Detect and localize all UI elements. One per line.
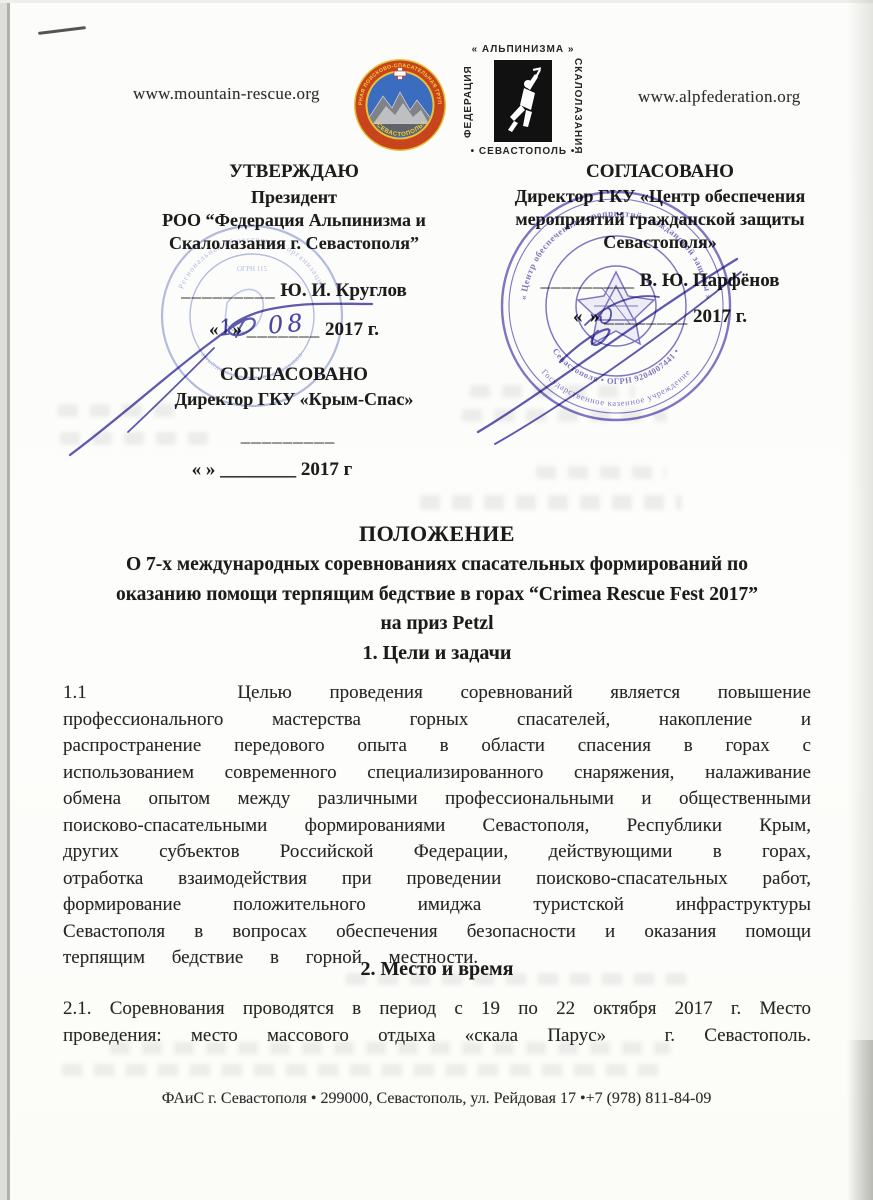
- square-logo-right-text: СКАЛОЛАЗАНИЯ: [572, 58, 583, 146]
- federation-stamp-inner-text: ОГРН 115: [237, 265, 268, 273]
- square-logo-bottom-text: • СЕВАСТОПОЛЬ •: [461, 146, 585, 157]
- agreed-role-line2: мероприятий гражданской защиты: [465, 208, 855, 231]
- agreed-role-line3: Севастополя»: [465, 231, 855, 254]
- krym-date-row: « » ________ 2017 г: [96, 459, 448, 481]
- signature-line: _________: [541, 270, 636, 291]
- section2-paragraph: 2.1. Соревнования проводятся в период с …: [63, 996, 811, 1049]
- approve-heading: УТВЕРЖДАЮ: [118, 161, 470, 183]
- signature-line: _________: [241, 425, 336, 446]
- pen-corner-mark: [38, 26, 86, 35]
- svg-text:Севастополя • ОГРН 9204007441: Севастополя • ОГРН 9204007441 •: [551, 346, 682, 386]
- approve-org-line1: РОО “Федерация Альпинизма и: [118, 209, 470, 232]
- approve-signer-name: Ю. И. Круглов: [280, 280, 406, 301]
- agreed-date-row: « » ________ 2017 г.: [465, 306, 855, 328]
- approve-role: Президент: [118, 186, 470, 209]
- krym-heading: СОГЛАСОВАНО: [118, 364, 470, 386]
- square-logo-left-text: ФЕДЕРАЦИЯ: [463, 58, 474, 146]
- bleedthrough-artifact: [470, 385, 635, 398]
- scan-edge-left-line: [7, 0, 10, 1200]
- approve-date-row: «1» _______ 2017 г. 08: [118, 316, 470, 341]
- agreed-role-line1: Директор ГКУ «Центр обеспечения: [465, 185, 855, 208]
- subtitle-line3: на приз Petzl: [63, 609, 811, 639]
- handwritten-day: 1: [217, 315, 234, 342]
- bleedthrough-artifact: [420, 495, 682, 510]
- section1-paragraph: 1.1 Целью проведения соревнований являет…: [63, 680, 811, 972]
- mountain-rescue-group-logo: ГОРНАЯ ПОИСКОВО-СПАСАТЕЛЬНАЯ ГРУППА «СЕВ…: [353, 58, 447, 152]
- krym-date-text: « » ________ 2017 г: [192, 459, 353, 480]
- agreed-heading: СОГЛАСОВАНО: [465, 161, 855, 183]
- approve-signature-row: _________ Ю. И. Круглов: [118, 280, 470, 302]
- bleedthrough-artifact: [462, 409, 667, 422]
- quote-open: «: [573, 306, 583, 327]
- civil-defense-stamp-ring-bottom: Севастополя • ОГРН 9204007441 •: [551, 346, 682, 386]
- bleedthrough-artifact: [62, 1064, 662, 1076]
- approve-org-line2: Скалолазания г. Севастополя”: [118, 232, 470, 255]
- subtitle-line2: оказанию помощи терпящим бедствие в гора…: [63, 580, 811, 610]
- climber-icon: [494, 60, 552, 142]
- handwritten-month: 08: [267, 308, 308, 339]
- quote-close: »: [590, 306, 600, 327]
- bleedthrough-artifact: [536, 466, 666, 479]
- square-logo-top-text: « АЛЬПИНИЗМА »: [461, 44, 585, 55]
- scan-edge-right-bottom: [847, 1040, 873, 1200]
- alpinism-federation-logo: « АЛЬПИНИЗМА » ФЕДЕРАЦИЯ СКАЛОЛАЗАНИЯ • …: [461, 44, 585, 166]
- scanned-document-page: www.mountain-rescue.org www.alpfederatio…: [0, 0, 873, 1200]
- agreed-signer-name: В. Ю. Парфёнов: [640, 270, 780, 291]
- document-subtitle: О 7-х международных соревнованиях спасат…: [63, 550, 811, 639]
- footer-contact-line: ФАиС г. Севастополя • 299000, Севастопол…: [40, 1090, 833, 1108]
- agreed-year: 2017 г.: [693, 306, 747, 327]
- website-right: www.alpfederation.org: [638, 87, 801, 107]
- krym-signature-row: _________: [112, 425, 464, 447]
- approve-year: 2017 г.: [325, 319, 379, 340]
- agreed-signature-row: _________ В. Ю. Парфёнов: [465, 270, 855, 292]
- scan-edge-top: [0, 0, 873, 3]
- signature-line: _________: [181, 280, 276, 301]
- section2-heading: 2. Место и время: [63, 958, 811, 981]
- krym-role: Директор ГКУ «Крым-Спас»: [118, 388, 470, 411]
- date-blank-line: ________: [604, 306, 688, 327]
- section1-heading: 1. Цели и задачи: [63, 642, 811, 665]
- subtitle-line1: О 7-х международных соревнованиях спасат…: [63, 550, 811, 580]
- scan-edge-left-outer: [0, 0, 7, 1200]
- website-left: www.mountain-rescue.org: [133, 84, 320, 104]
- document-title: ПОЛОЖЕНИЕ: [63, 521, 811, 547]
